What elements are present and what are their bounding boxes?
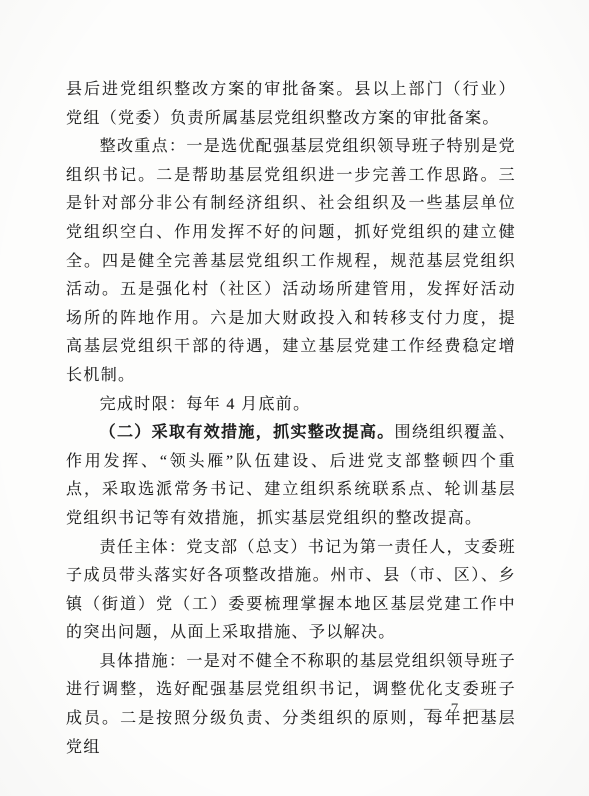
document-body: 县后进党组织整改方案的审批备案。县以上部门（行业）党组（党委）负责所属基层党组织… bbox=[66, 76, 516, 762]
paragraph-4-lead: （二）采取有效措施，抓实整改提高。 bbox=[100, 424, 395, 441]
page-number-right-dash: — bbox=[470, 701, 489, 717]
paragraph-2: 整改重点：一是选优配强基层党组织领导班子特别是党组织书记。二是帮助基层党组织进一… bbox=[66, 133, 516, 390]
paragraph-1: 县后进党组织整改方案的审批备案。县以上部门（行业）党组（党委）负责所属基层党组织… bbox=[66, 76, 516, 133]
page-number-left-dash: — bbox=[424, 701, 443, 717]
paragraph-6-lead: 具体措施： bbox=[100, 653, 187, 670]
document-page: 县后进党组织整改方案的审批备案。县以上部门（行业）党组（党委）负责所属基层党组织… bbox=[0, 0, 589, 796]
paragraph-5: 责任主体：党支部（总支）书记为第一责任人，支委班子成员带头落实好各项整改措施。州… bbox=[66, 534, 516, 648]
page-number: — 7 — bbox=[424, 701, 489, 718]
paragraph-3: 完成时限：每年 4 月底前。 bbox=[66, 391, 516, 420]
paragraph-5-lead: 责任主体： bbox=[100, 539, 187, 556]
paragraph-2-lead: 整改重点： bbox=[100, 138, 187, 155]
paragraph-3-lead: 完成时限： bbox=[100, 396, 187, 413]
paragraph-4: （二）采取有效措施，抓实整改提高。围绕组织覆盖、作用发挥、“领头雁”队伍建设、后… bbox=[66, 419, 516, 533]
page-number-value: 7 bbox=[451, 701, 463, 717]
